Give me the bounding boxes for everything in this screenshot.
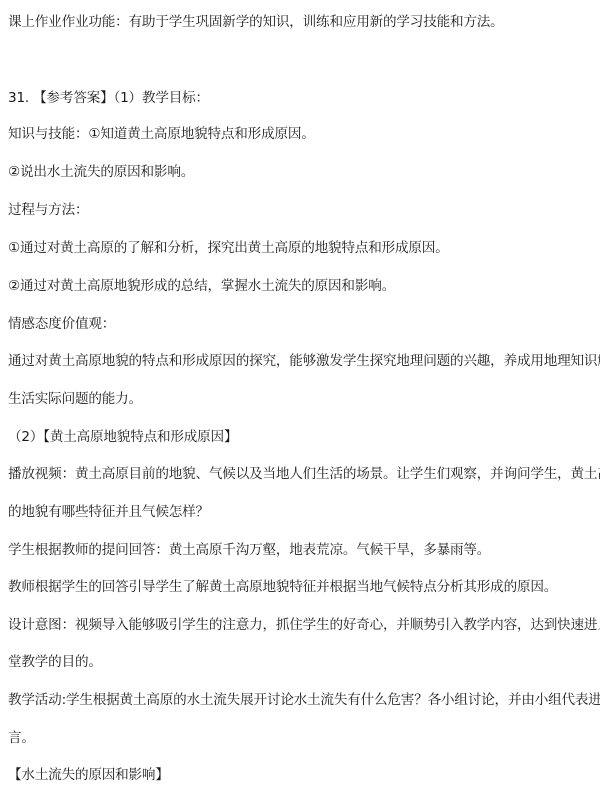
- emotion-values-heading: 情感态度价值观：: [8, 314, 115, 334]
- teacher-guidance-text: 教师根据学生的回答引导学生了解黄土高原地貌特征并根据当地气候特点分析其形成的原因…: [8, 577, 557, 597]
- emotion-values-text-2: 生活实际问题的能力。: [8, 389, 142, 409]
- process-methods-2: ②通过对黄土高原地貌形成的总结，掌握水土流失的原因和影响。: [8, 276, 395, 296]
- section-2-heading: （2）【黄土高原地貌特点和形成原因】: [8, 427, 237, 447]
- design-intent-text-1: 设计意图：视频导入能够吸引学生的注意力，抓住学生的好奇心，并顺势引入教学内容，达…: [8, 615, 600, 635]
- knowledge-skills-2: ②说出水土流失的原因和影响。: [8, 162, 194, 182]
- emotion-values-text-1: 通过对黄土高原地貌的特点和形成原因的探究，能够激发学生探究地理问题的兴趣，养成用…: [8, 351, 600, 371]
- knowledge-skills-1: 知识与技能：①知道黄土高原地貌特点和形成原因。: [8, 124, 315, 144]
- process-methods-heading: 过程与方法：: [8, 200, 88, 220]
- soil-erosion-heading: 【水土流失的原因和影响】: [8, 765, 169, 785]
- answer-31-heading: 31. 【参考答案】（1）教学目标：: [8, 88, 209, 108]
- teaching-activity-text-2: 言。: [8, 728, 35, 748]
- homework-function-text: 课上作业作业功能：有助于学生巩固新学的知识，训练和应用新的学习技能和方法。: [8, 12, 504, 32]
- teaching-activity-text-1: 教学活动:学生根据黄土高原的水土流失展开讨论水土流失有什么危害？各小组讨论，并由…: [8, 690, 600, 710]
- process-methods-1: ①通过对黄土高原的了解和分析，探究出黄土高原的地貌特点和形成原因。: [8, 238, 449, 258]
- video-intro-text-1: 播放视频：黄土高原目前的地貌、气候以及当地人们生活的场景。让学生们观察，并询问学…: [8, 464, 600, 484]
- student-answer-text: 学生根据教师的提问回答：黄土高原千沟万壑，地表荒凉。气候干旱，多暴雨等。: [8, 540, 490, 560]
- design-intent-text-2: 堂教学的目的。: [8, 652, 102, 672]
- video-intro-text-2: 的地貌有哪些特征并且气候怎样？: [8, 502, 209, 522]
